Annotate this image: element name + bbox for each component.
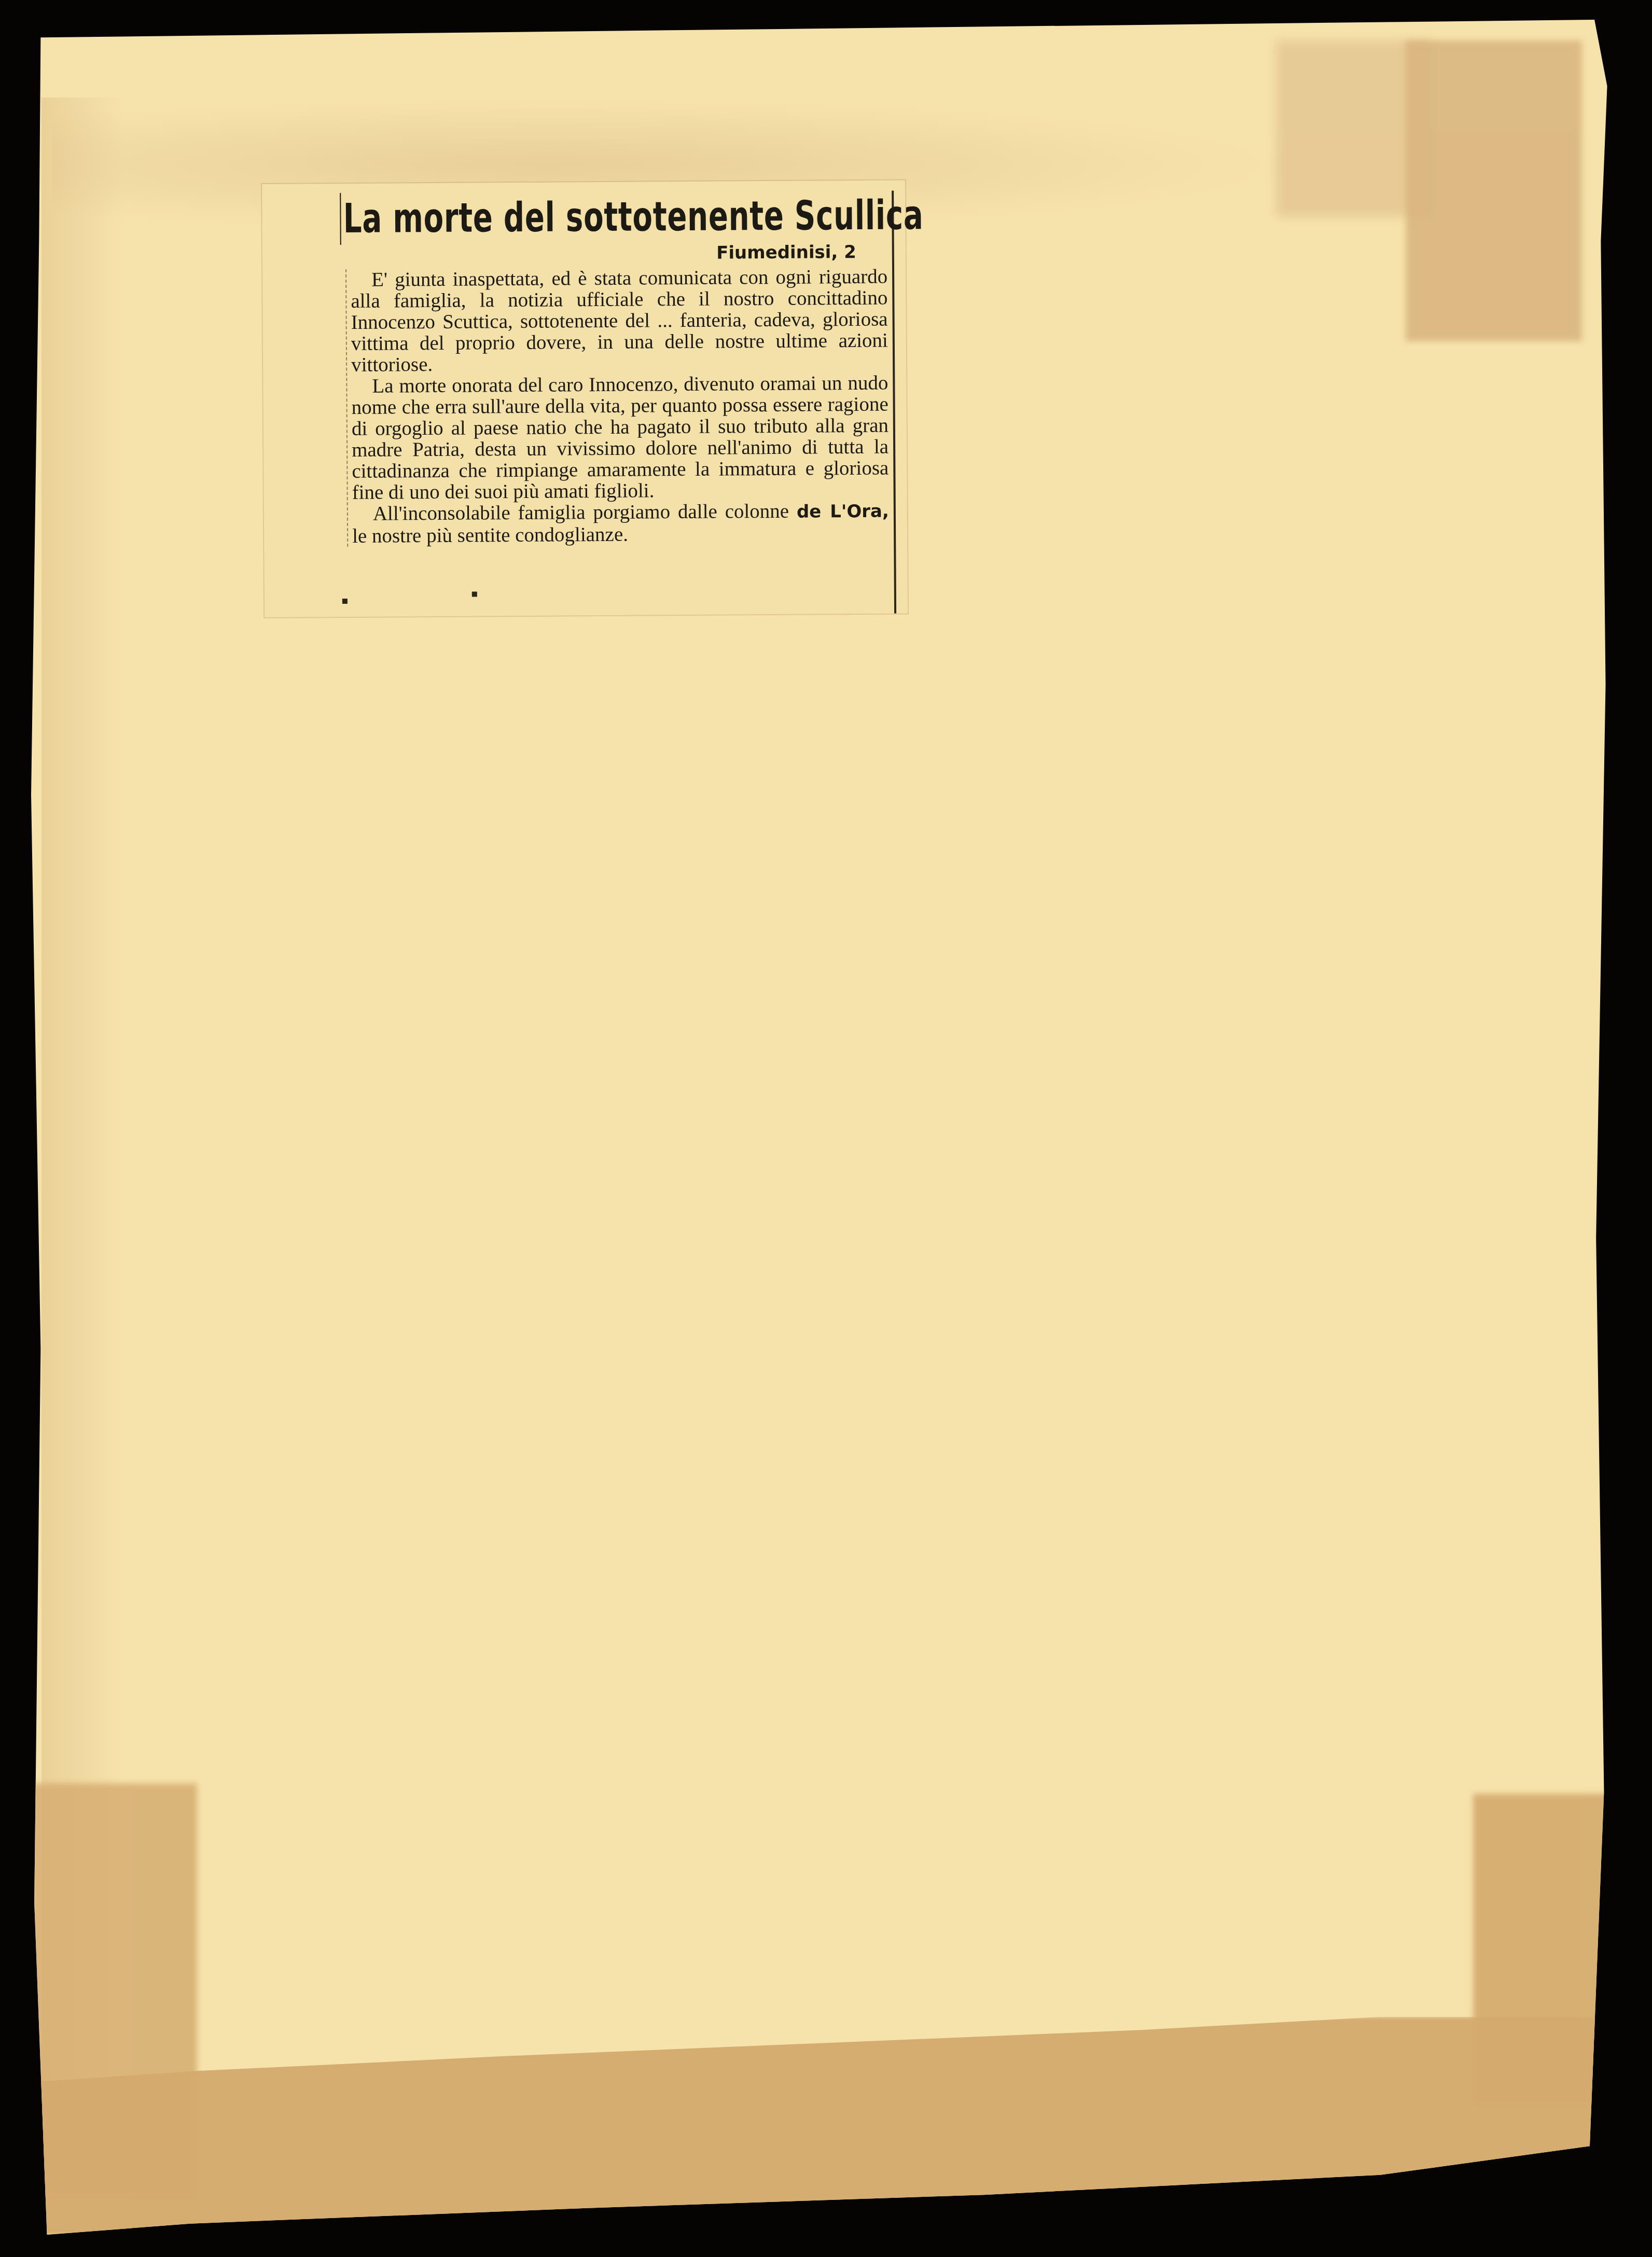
newspaper-clipping: La morte del sottotenente Scullica Fiume… (262, 180, 908, 617)
article-body: E' giunta inaspettata, ed è stata comuni… (345, 266, 889, 547)
paragraph-2: La morte onorata del caro Innocenzo, div… (351, 372, 889, 503)
closing-text-after: le nostre più sentite condoglianze. (352, 523, 628, 547)
column-rule (892, 191, 896, 614)
paragraph-closing: All'inconsolabile famiglia porgiamo dall… (352, 500, 889, 547)
closing-text-before: All'inconsolabile famiglia porgiamo dall… (373, 500, 797, 525)
newspaper-name: de L'Ora, (797, 501, 889, 522)
dateline: Fiumedinisi, 2 (716, 242, 856, 264)
ink-speck (472, 591, 477, 597)
stain-bottom (31, 2017, 1618, 2235)
paragraph-1: E' giunta inaspettata, ed è stata comuni… (351, 266, 888, 376)
ink-speck (342, 599, 348, 604)
headline: La morte del sottotenente Scullica (340, 190, 735, 245)
stain-top-right (1406, 40, 1582, 341)
